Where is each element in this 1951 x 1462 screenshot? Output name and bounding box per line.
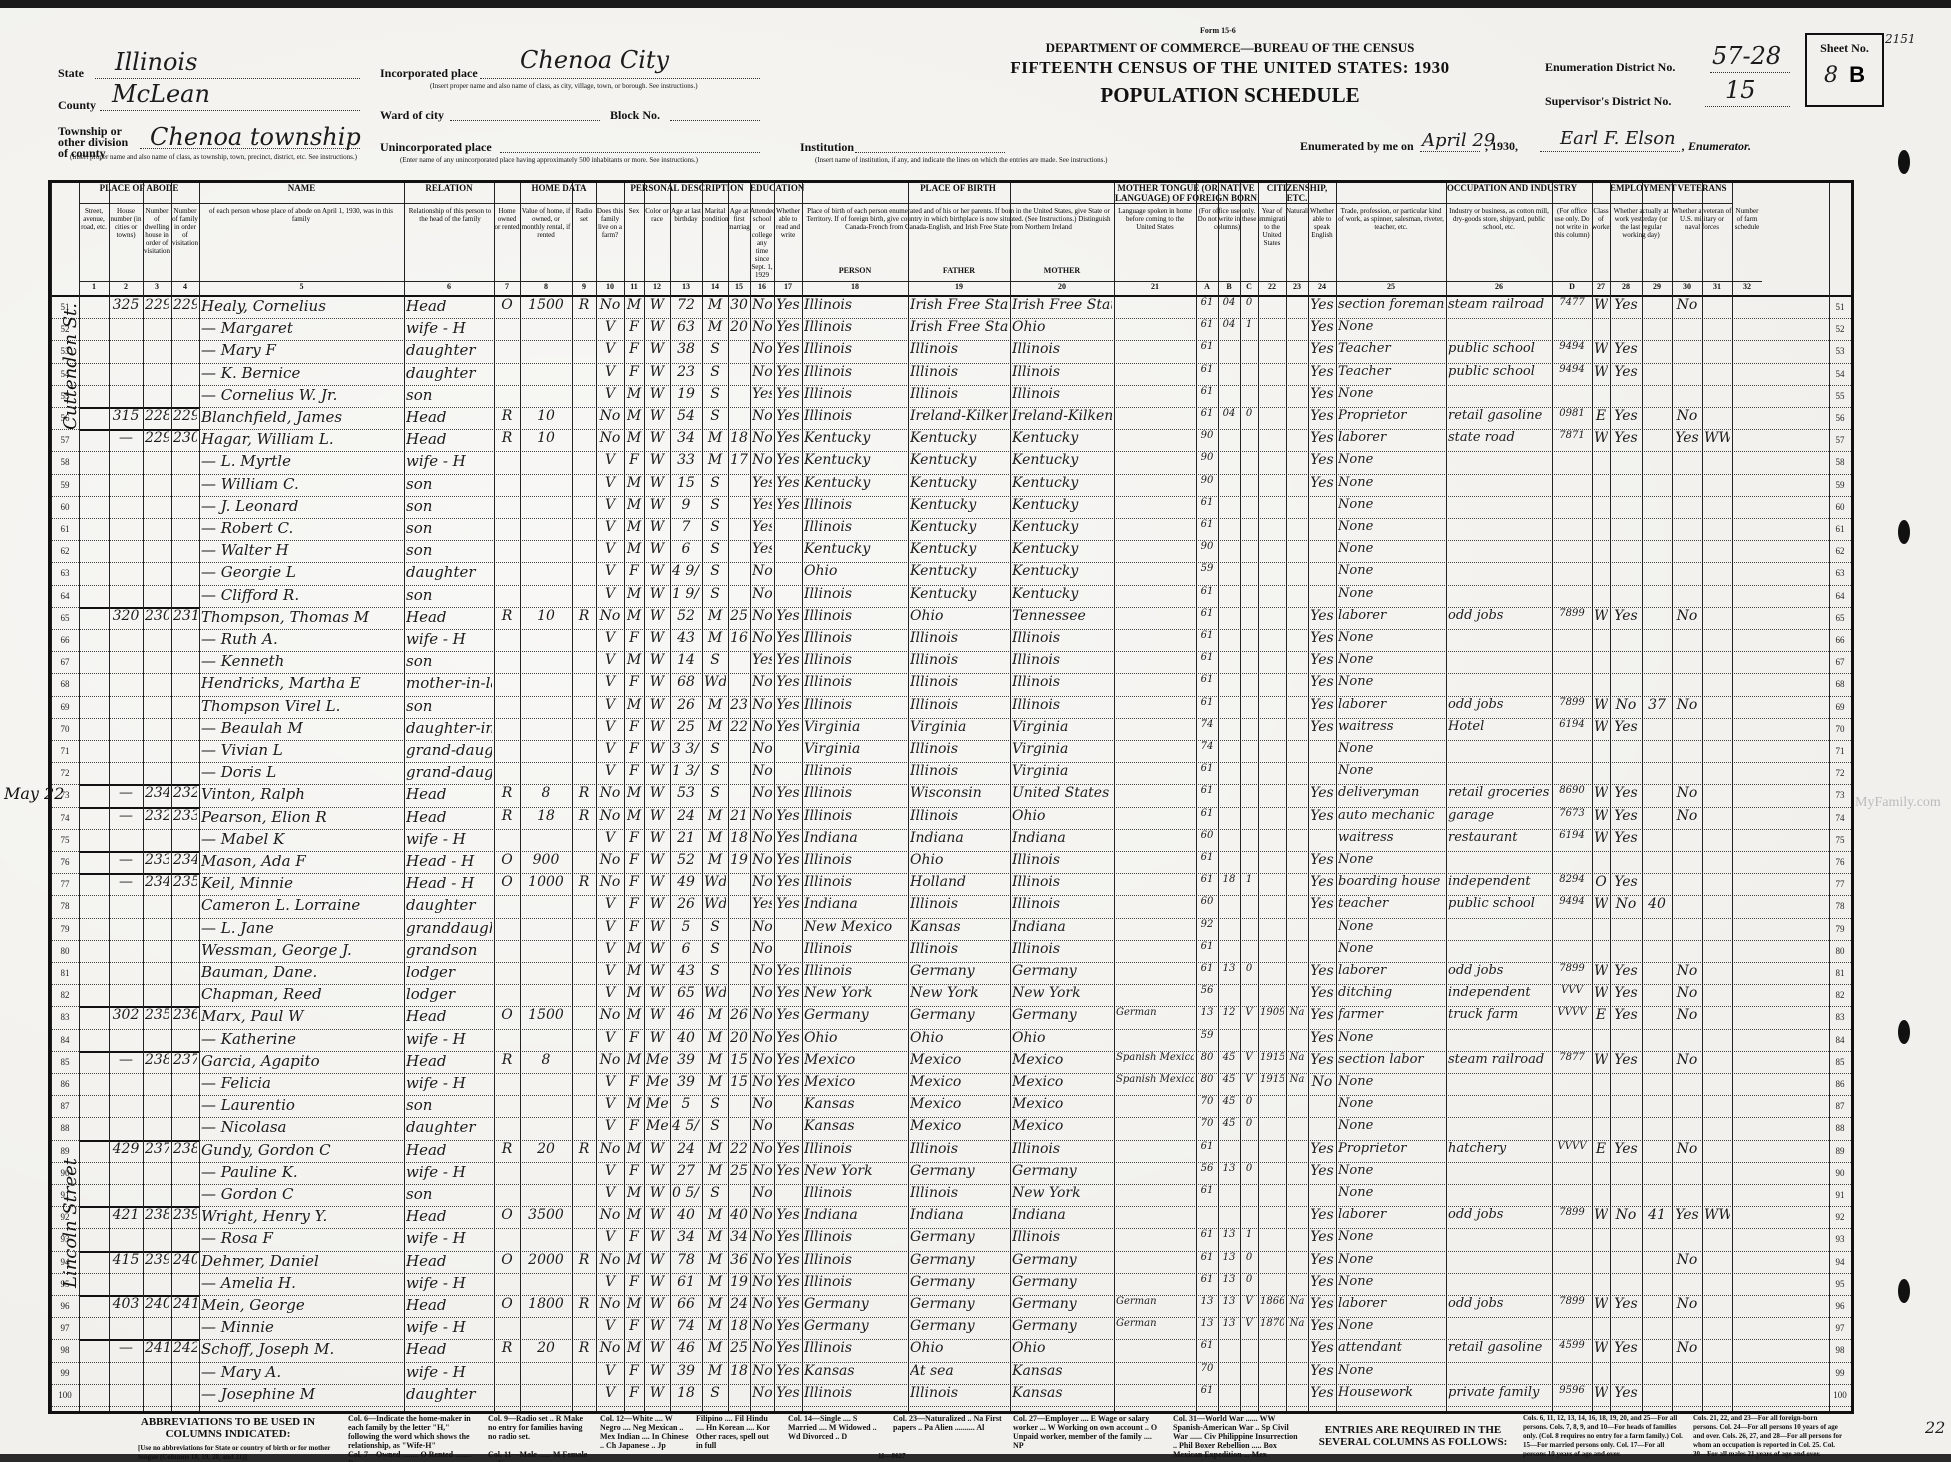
- enumerated-date-line: [1420, 151, 1480, 152]
- cell-name: — Josephine M: [201, 1385, 402, 1403]
- cell-farm: No: [598, 852, 622, 868]
- cell-person-birth: Illinois: [804, 630, 906, 646]
- line-number: 58: [51, 457, 79, 467]
- cell-farm: V: [598, 586, 622, 602]
- cell-industry: independent: [1448, 874, 1550, 889]
- binding-hole: [1898, 150, 1910, 174]
- column-divider: [596, 183, 597, 1411]
- cell-school: No: [752, 674, 772, 690]
- cell-mother-birth: Kentucky: [1012, 475, 1112, 491]
- table-row: 7979— L. JanegranddaughterVFW5SNoNew Mex…: [51, 918, 1851, 941]
- cell-industry: steam railroad: [1448, 297, 1550, 312]
- line-number: 73: [51, 790, 79, 800]
- cell-name: — Laurentio: [201, 1096, 402, 1114]
- cell-school: No: [752, 608, 772, 624]
- column-header-radio: Radio set: [572, 207, 596, 277]
- cell-occupation: None: [1338, 1229, 1444, 1244]
- column-number: C: [1240, 281, 1258, 296]
- cell-code-c: V: [1242, 1296, 1256, 1307]
- institution-label: Institution: [800, 140, 854, 155]
- line-number: 67: [51, 657, 79, 667]
- cell-sex: M: [626, 297, 642, 313]
- table-row: 7878Cameron L. LorrainedaughterVFW26WdYe…: [51, 895, 1851, 918]
- line-number-right: 66: [1829, 635, 1851, 645]
- line-number-right: 91: [1829, 1190, 1851, 1200]
- cell-name: Marx, Paul W: [201, 1007, 402, 1025]
- cell-race: Mex: [646, 1096, 668, 1112]
- cell-person-birth: Kentucky: [804, 541, 906, 557]
- cell-dwelling: 238: [145, 1207, 169, 1223]
- cell-relation: daughter: [406, 341, 492, 359]
- line-number-right: 52: [1829, 324, 1851, 334]
- cell-code-a: 61: [1198, 874, 1216, 885]
- cell-house: —: [111, 852, 141, 868]
- line-number-right: 77: [1829, 879, 1851, 889]
- line-number: 89: [51, 1146, 79, 1156]
- line-number: 96: [51, 1301, 79, 1311]
- column-header-language: Language spoken in home before coming to…: [1116, 207, 1194, 277]
- sheet-number-box: Sheet No. 8 B: [1805, 33, 1884, 107]
- cell-read: Yes: [776, 963, 800, 979]
- cell-at-work: No: [1612, 896, 1640, 912]
- line-number: 51: [51, 302, 79, 312]
- column-number: 25: [1336, 281, 1446, 296]
- cell-family: 234: [173, 852, 197, 868]
- line-number: 64: [51, 591, 79, 601]
- cell-sex: F: [626, 674, 642, 690]
- cell-marital: S: [704, 1118, 726, 1134]
- cell-mother-birth: Germany: [1012, 1007, 1112, 1023]
- cell-mother-birth: Mexico: [1012, 1052, 1112, 1068]
- column-group-header: EMPLOYMENT: [1610, 183, 1672, 204]
- cell-name: — Beaulah M: [201, 719, 402, 737]
- cell-school: No: [752, 563, 772, 579]
- table-row: 5858— L. Myrtlewife - HVFW33M17NoYesKent…: [51, 451, 1851, 474]
- line-number-right: 56: [1829, 413, 1851, 423]
- cell-father-birth: Mexico: [910, 1052, 1008, 1068]
- incorporated-label: Incorporated place: [380, 66, 478, 81]
- cell-father-birth: Germany: [910, 1252, 1008, 1268]
- cell-mother-birth: Mexico: [1012, 1074, 1112, 1090]
- column-divider: [1672, 183, 1673, 1411]
- cell-father-birth: Kentucky: [910, 563, 1008, 579]
- cell-owned: O: [496, 297, 518, 313]
- cell-mother-birth: New York: [1012, 1185, 1112, 1201]
- cell-language: German: [1116, 1318, 1194, 1329]
- table-row: 9595— Amelia H.wife - HVFW61M19NoYesIlli…: [51, 1273, 1851, 1296]
- cell-mother-birth: Mexico: [1012, 1096, 1112, 1112]
- table-row: 9797— Minniewife - HVFW74M18NoYesGermany…: [51, 1317, 1851, 1340]
- cell-english: Yes: [1310, 963, 1334, 979]
- table-row: 9898—241242Schoff, Joseph M.HeadR20RNoMW…: [51, 1339, 1851, 1362]
- table-row: 9393— Rosa Fwife - HVFW34M34NoYesIllinoi…: [51, 1228, 1851, 1251]
- table-row: 5252— Margaretwife - HVFW63M20NoYesIllin…: [51, 318, 1851, 341]
- cell-farm: V: [598, 364, 622, 380]
- cell-school: No: [752, 741, 772, 757]
- cell-mother-birth: Kentucky: [1012, 430, 1112, 446]
- cell-marital: M: [704, 1207, 726, 1223]
- cell-person-birth: Indiana: [804, 1207, 906, 1223]
- cell-owned: O: [496, 874, 518, 890]
- cell-age: 26: [672, 896, 700, 912]
- cell-mother-birth: Illinois: [1012, 630, 1112, 646]
- cell-english: Yes: [1310, 452, 1334, 468]
- cell-race: W: [646, 319, 668, 335]
- cell-race: W: [646, 1318, 668, 1334]
- cell-name: Keil, Minnie: [201, 874, 402, 892]
- cell-code-a: 61: [1198, 674, 1216, 685]
- cell-relation: son: [406, 652, 492, 670]
- cell-person-birth: Illinois: [804, 874, 906, 890]
- cell-father-birth: Mexico: [910, 1074, 1008, 1090]
- cell-marital: M: [704, 1252, 726, 1268]
- column-header-work: Whether actually at work yesterday (or t…: [1610, 207, 1672, 277]
- cell-immigration: 1866: [1260, 1296, 1284, 1307]
- cell-school: No: [752, 919, 772, 935]
- abbr-col14: Col. 14—Single .... S Married .... M Wid…: [788, 1414, 878, 1441]
- cell-occupation: None: [1338, 652, 1444, 667]
- cell-age-marriage: 18: [730, 830, 748, 846]
- cell-code-c: 0: [1242, 1163, 1256, 1174]
- cell-school: No: [752, 941, 772, 957]
- supervisor-label: Supervisor's District No.: [1545, 94, 1671, 109]
- cell-farm: V: [598, 563, 622, 579]
- dwelling-separator: [79, 1206, 199, 1208]
- cell-class: W: [1594, 697, 1608, 713]
- cell-name: — Minnie: [201, 1318, 402, 1336]
- cell-age-marriage: 18: [730, 430, 748, 446]
- column-divider: [1732, 183, 1733, 1411]
- cell-at-work: Yes: [1612, 963, 1640, 979]
- cell-occ-code: 7673: [1554, 808, 1590, 819]
- cell-age: 43: [672, 630, 700, 646]
- cell-father-birth: Germany: [910, 1274, 1008, 1290]
- column-group-header: RELATION: [404, 183, 494, 204]
- cell-age: 38: [672, 341, 700, 357]
- cell-person-birth: Illinois: [804, 852, 906, 868]
- cell-name: Garcia, Agapito: [201, 1052, 402, 1070]
- cell-occupation: None: [1338, 1363, 1444, 1378]
- column-header-marital: Marital condition: [702, 207, 728, 277]
- cell-race: W: [646, 408, 668, 424]
- cell-relation: mother-in-law: [406, 674, 492, 692]
- cell-person-birth: Illinois: [804, 319, 906, 335]
- table-row: 9090— Pauline K.wife - HVFW27M25NoYesNew…: [51, 1162, 1851, 1185]
- cell-sex: F: [626, 563, 642, 579]
- cell-mother-birth: Illinois: [1012, 874, 1112, 890]
- cell-read: Yes: [776, 1052, 800, 1068]
- cell-person-birth: Illinois: [804, 963, 906, 979]
- cell-occ-code: 7899: [1554, 697, 1590, 708]
- township-note: (Insert proper name and also name of cla…: [70, 153, 370, 161]
- cell-age: 23: [672, 364, 700, 380]
- cell-at-work: Yes: [1612, 719, 1640, 735]
- cell-value: 1500: [522, 297, 570, 313]
- column-number: 10: [596, 281, 624, 296]
- column-header-name: of each person whose place of abode on A…: [201, 207, 401, 277]
- cell-relation: Head: [406, 785, 492, 803]
- column-number: 23: [1286, 281, 1308, 296]
- cell-mother-birth: Ohio: [1012, 319, 1112, 335]
- cell-age-marriage: 18: [730, 1318, 748, 1334]
- cell-race: W: [646, 541, 668, 557]
- cell-relation: son: [406, 475, 492, 493]
- cell-father-birth: Irish Free State: [910, 297, 1008, 313]
- cell-name: Cameron L. Lorraine: [201, 896, 402, 914]
- cell-occupation: None: [1338, 674, 1444, 689]
- cell-marital: M: [704, 1074, 726, 1090]
- cell-dwelling: 228: [145, 408, 169, 424]
- cell-english: Yes: [1310, 1007, 1334, 1023]
- cell-dwelling: 241: [145, 1340, 169, 1356]
- cell-code-a: 61: [1198, 364, 1216, 375]
- cell-class: W: [1594, 364, 1608, 380]
- cell-school: No: [752, 808, 772, 824]
- column-number: 28: [1610, 281, 1642, 296]
- cell-race: W: [646, 719, 668, 735]
- cell-unemp: 37: [1644, 697, 1670, 713]
- column-divider: [908, 183, 909, 1411]
- cell-school: No: [752, 874, 772, 890]
- cell-occupation: Teacher: [1338, 341, 1444, 356]
- cell-age-marriage: 30: [730, 297, 748, 313]
- cell-english: Yes: [1310, 630, 1334, 646]
- cell-english: Yes: [1310, 1274, 1334, 1290]
- table-row: 6868Hendricks, Martha Emother-in-lawVFW6…: [51, 673, 1851, 696]
- cell-father-birth: Kentucky: [910, 586, 1008, 602]
- cell-industry: state road: [1448, 430, 1550, 445]
- township-value: Chenoa township: [150, 123, 361, 151]
- block-line: [670, 120, 760, 121]
- cell-occupation: teacher: [1338, 896, 1444, 911]
- cell-occupation: None: [1338, 1096, 1444, 1111]
- cell-sex: M: [626, 586, 642, 602]
- cell-sex: M: [626, 475, 642, 491]
- cell-sex: F: [626, 830, 642, 846]
- cell-read: Yes: [776, 874, 800, 890]
- table-row: 7575— Mabel Kwife - HVFW21M18NoYesIndian…: [51, 829, 1851, 852]
- cell-age: 1 3/12: [672, 763, 700, 779]
- cell-mother-birth: Ireland-Kilkenny: [1012, 408, 1112, 424]
- cell-at-work: Yes: [1612, 1340, 1640, 1356]
- table-row: 6161— Robert C.sonVMW7SYesIllinoisKentuc…: [51, 518, 1851, 541]
- column-number: B: [1218, 281, 1240, 296]
- cell-language: German: [1116, 1296, 1194, 1307]
- cell-race: W: [646, 1163, 668, 1179]
- cell-vet: No: [1674, 1252, 1700, 1268]
- cell-age: 34: [672, 1229, 700, 1245]
- table-row: 5454— K. BernicedaughterVFW23SNoYesIllin…: [51, 363, 1851, 386]
- footer-abbreviations: ABBREVIATIONS TO BE USED IN COLUMNS INDI…: [48, 1408, 1848, 1462]
- column-number: 15: [728, 281, 750, 296]
- column-divider: [802, 183, 803, 1411]
- cell-age-marriage: 19: [730, 1274, 748, 1290]
- cell-marital: S: [704, 785, 726, 801]
- cell-farm: No: [598, 430, 622, 446]
- cell-war: WW: [1704, 430, 1730, 446]
- line-number: 78: [51, 901, 79, 911]
- cell-english: Yes: [1310, 386, 1334, 402]
- cell-name: Gundy, Gordon C: [201, 1141, 402, 1159]
- table-row: 9191— Gordon CsonVMW0 5/12SNoIllinoisIll…: [51, 1184, 1851, 1207]
- cell-age: 61: [672, 1274, 700, 1290]
- cell-occ-code: 0981: [1554, 408, 1590, 419]
- cell-code-a: 74: [1198, 719, 1216, 730]
- line-number-right: 74: [1829, 813, 1851, 823]
- cell-english: Yes: [1310, 408, 1334, 424]
- column-group-header: MOTHER TONGUE (OR NATIVE LANGUAGE) OF FO…: [1114, 183, 1258, 204]
- cell-race: W: [646, 763, 668, 779]
- cell-name: — Gordon C: [201, 1185, 402, 1203]
- column-header-race: Color or race: [644, 207, 670, 277]
- cell-father-birth: Holland: [910, 874, 1008, 890]
- cell-vet: No: [1674, 963, 1700, 979]
- cell-school: No: [752, 1074, 772, 1090]
- cell-code-b: 13: [1220, 1229, 1238, 1240]
- cell-farm: V: [598, 719, 622, 735]
- cell-race: W: [646, 674, 668, 690]
- column-number: 4: [171, 281, 199, 296]
- line-number: 74: [51, 813, 79, 823]
- cell-code-a: 61: [1198, 785, 1216, 796]
- cell-father-birth: Ohio: [910, 1030, 1008, 1046]
- line-number: 71: [51, 746, 79, 756]
- cell-name: — Doris L: [201, 763, 402, 781]
- cell-sex: M: [626, 519, 642, 535]
- cell-mother-birth: Illinois: [1012, 1141, 1112, 1157]
- abbr-col31: Col. 31—World War ...... WW Spanish-Amer…: [1173, 1414, 1303, 1459]
- cell-code-a: 13: [1198, 1007, 1216, 1018]
- cell-code-b: 13: [1220, 963, 1238, 974]
- cell-occupation: section labor: [1338, 1052, 1444, 1067]
- cell-marital: S: [704, 563, 726, 579]
- cell-person-birth: Illinois: [804, 1229, 906, 1245]
- cell-marital: M: [704, 1340, 726, 1356]
- cell-race: Mex: [646, 1118, 668, 1134]
- cell-age-marriage: 17: [730, 452, 748, 468]
- cell-age: 63: [672, 319, 700, 335]
- cell-code-a: 61: [1198, 497, 1216, 508]
- cell-house: 320: [111, 608, 141, 624]
- cell-occupation: None: [1338, 1185, 1444, 1200]
- cell-person-birth: Illinois: [804, 652, 906, 668]
- institution-line: [855, 152, 1005, 153]
- table-row: 8787— LaurentiosonVMMex5SNoKansasMexicoM…: [51, 1095, 1851, 1118]
- cell-code-b: 45: [1220, 1052, 1238, 1063]
- cell-class: E: [1594, 1007, 1608, 1023]
- cell-radio: R: [574, 1141, 594, 1157]
- cell-age-marriage: 19: [730, 852, 748, 868]
- cell-english: Yes: [1310, 1363, 1334, 1379]
- cell-dwelling: 233: [145, 852, 169, 868]
- ed-value: 57-28: [1712, 42, 1781, 70]
- cell-farm: No: [598, 1296, 622, 1312]
- line-number-right: 94: [1829, 1257, 1851, 1267]
- cell-radio: R: [574, 1296, 594, 1312]
- cell-class: W: [1594, 985, 1608, 1001]
- cell-at-work: Yes: [1612, 874, 1640, 890]
- line-number: 63: [51, 568, 79, 578]
- column-group-header: CITIZENSHIP, ETC.: [1258, 183, 1336, 204]
- cell-race: W: [646, 697, 668, 713]
- column-divider: [1114, 183, 1115, 1411]
- cell-race: W: [646, 1385, 668, 1401]
- cell-occupation: None: [1338, 519, 1444, 534]
- cell-war: WW: [1704, 1207, 1730, 1223]
- cell-age: 6: [672, 541, 700, 557]
- cell-age-marriage: 15: [730, 1052, 748, 1068]
- cell-farm: No: [598, 1052, 622, 1068]
- cell-school: No: [752, 1030, 772, 1046]
- cell-name: Hendricks, Martha E: [201, 674, 402, 692]
- cell-english: Yes: [1310, 475, 1334, 491]
- cell-immigration: 1915: [1260, 1074, 1284, 1085]
- cell-industry: retail gasoline: [1448, 408, 1550, 423]
- cell-school: No: [752, 341, 772, 357]
- cell-family: 233: [173, 808, 197, 824]
- line-number: 92: [51, 1212, 79, 1222]
- cell-dwelling: 232: [145, 808, 169, 824]
- cell-person-birth: Germany: [804, 1007, 906, 1023]
- cell-english: Yes: [1310, 608, 1334, 624]
- cell-read: Yes: [776, 1340, 800, 1356]
- cell-occ-code: 7871: [1554, 430, 1590, 441]
- cell-vet: No: [1674, 985, 1700, 1001]
- cell-class: E: [1594, 1141, 1608, 1157]
- cell-age: 3 3/12: [672, 741, 700, 757]
- cell-name: Blanchfield, James: [201, 408, 402, 426]
- column-header-sex: Sex: [624, 207, 644, 277]
- cell-school: No: [752, 586, 772, 602]
- cell-relation: son: [406, 697, 492, 715]
- cell-naturalization: Na: [1288, 1052, 1306, 1063]
- state-line: [95, 78, 360, 79]
- column-number: 29: [1642, 281, 1672, 296]
- cell-code-a: 59: [1198, 563, 1216, 574]
- cell-sex: F: [626, 319, 642, 335]
- column-header-code: (For office use only. Do not write in th…: [1196, 207, 1258, 277]
- cell-occupation: farmer: [1338, 1007, 1444, 1022]
- cell-code-a: 61: [1198, 1141, 1216, 1152]
- cell-occupation: laborer: [1338, 963, 1444, 978]
- column-group-header: NAME: [199, 183, 404, 204]
- cell-age-marriage: 25: [730, 1163, 748, 1179]
- cell-read: Yes: [776, 297, 800, 313]
- cell-english: Yes: [1310, 674, 1334, 690]
- cell-age-marriage: 25: [730, 1340, 748, 1356]
- cell-code-a: 13: [1198, 1296, 1216, 1307]
- column-header-school: Attended school or college any time sinc…: [750, 207, 774, 277]
- abbr-col12a: Col. 12—White .... W Negro .... Neg Mexi…: [600, 1414, 690, 1450]
- column-number: 12: [644, 281, 670, 296]
- cell-vet: No: [1674, 1296, 1700, 1312]
- cell-school: Yes: [752, 475, 772, 491]
- cell-farm: V: [598, 1185, 622, 1201]
- cell-code-a: 61: [1198, 1252, 1216, 1263]
- cell-read: Yes: [776, 341, 800, 357]
- cell-farm: No: [598, 785, 622, 801]
- cell-house: —: [111, 1340, 141, 1356]
- cell-owned: O: [496, 1296, 518, 1312]
- cell-mother-birth: Illinois: [1012, 941, 1112, 957]
- cell-age: 72: [672, 297, 700, 313]
- cell-sex: M: [626, 1007, 642, 1023]
- cell-occupation: None: [1338, 475, 1444, 490]
- cell-mother-birth: Kansas: [1012, 1363, 1112, 1379]
- cell-code-a: 92: [1198, 919, 1216, 930]
- cell-industry: odd jobs: [1448, 697, 1550, 712]
- cell-sex: M: [626, 1052, 642, 1068]
